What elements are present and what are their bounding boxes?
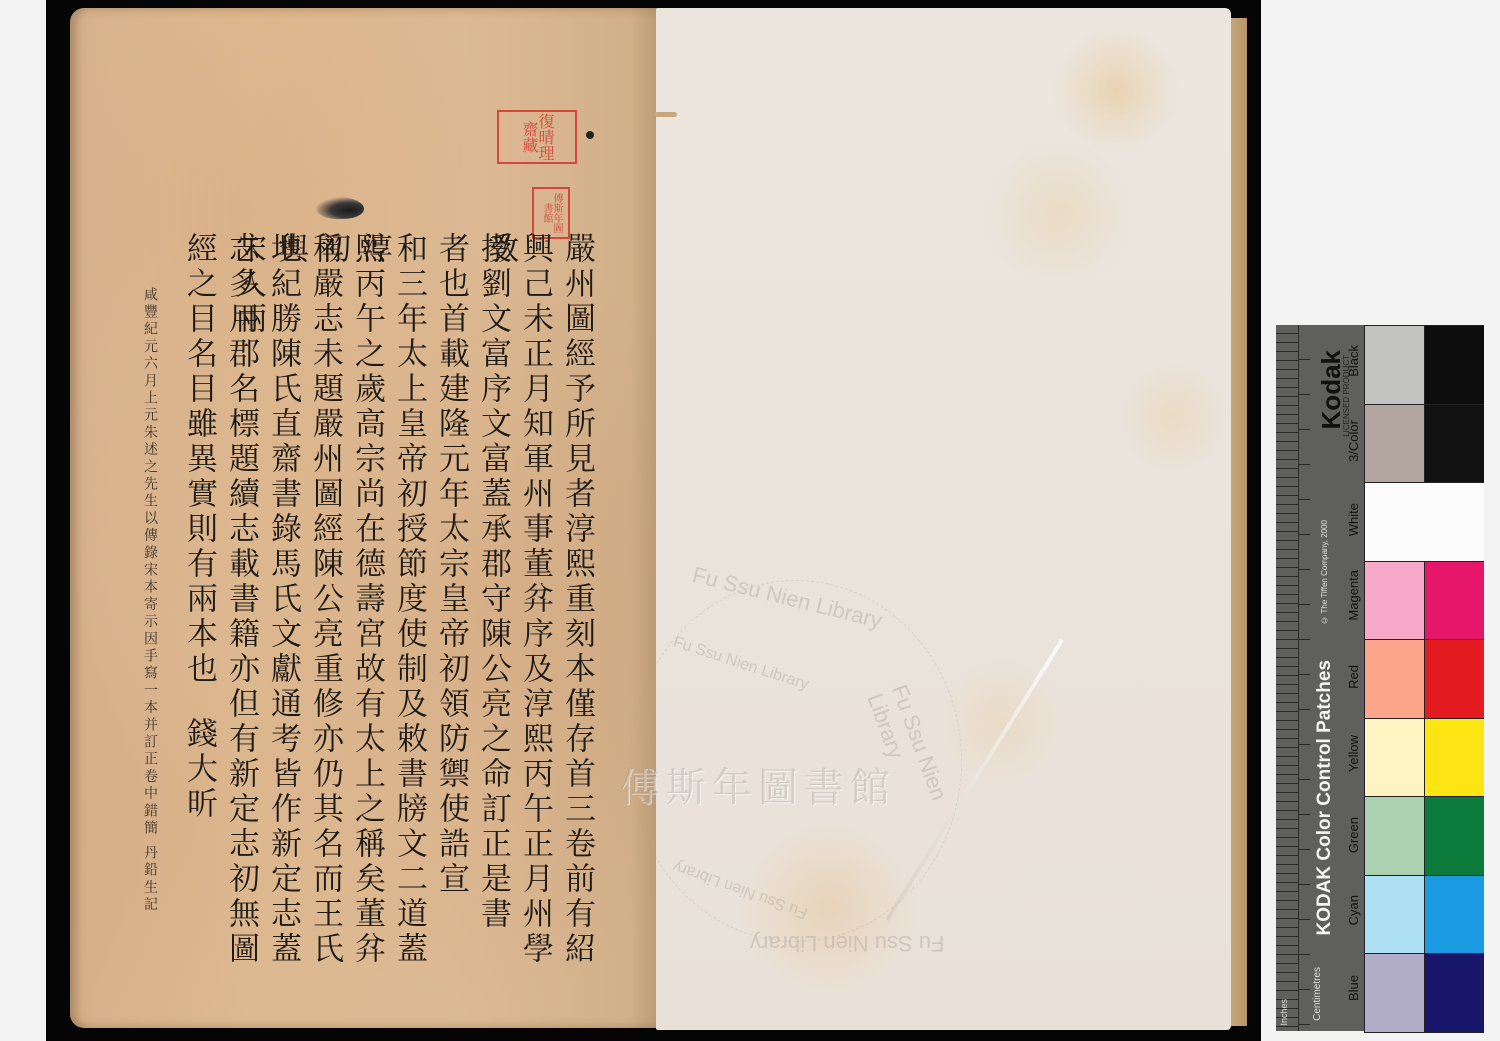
patch-label-3color: 3/Color bbox=[1346, 420, 1361, 462]
centimetres-label: Centimetres bbox=[1312, 967, 1323, 1021]
main-text: 嚴州圖經予所見者淳熙重刻本僅存首三卷前有紹 興己未正月知軍州事董弅序及淳熙丙午正… bbox=[180, 232, 594, 992]
annotation-note: 咸豐紀元六月上元朱述之先生以傳錄宋本寄示因手寫一本并訂正卷中錯簡 丹鉛生記 bbox=[142, 287, 158, 914]
text-column: 稱嚴志未題嚴州圖經陳公亮重修亦仍其名而王氏輿 bbox=[306, 232, 342, 992]
patch-green-dark bbox=[1425, 797, 1484, 875]
patch-magenta-light bbox=[1365, 562, 1424, 640]
inches-label: Inches bbox=[1279, 999, 1289, 1026]
color-patches-grid bbox=[1364, 325, 1484, 1033]
text-column: 和三年太上皇帝初授節度使制及敕書牓文二道蓋淳 bbox=[390, 232, 426, 992]
patch-labels: Black 3/Color White Magenta Red Yellow G… bbox=[1344, 325, 1364, 1031]
patch-label-green: Green bbox=[1346, 817, 1361, 853]
patch-label-magenta: Magenta bbox=[1346, 570, 1361, 621]
patch-label-white: White bbox=[1346, 503, 1361, 536]
kodak-title: KODAK Color Control Patches bbox=[1314, 660, 1336, 936]
ink-smudge bbox=[316, 197, 364, 219]
patch-blue-dark bbox=[1425, 954, 1484, 1032]
patch-label-blue: Blue bbox=[1346, 975, 1361, 1001]
text-column: 興己未正月知軍州事董弅序及淳熙丙午正月州學教 bbox=[516, 232, 552, 992]
right-page-blank bbox=[656, 8, 1231, 1030]
text-column: 授劉文富序文富蓋承郡守陳公亮之命訂正是書 bbox=[474, 232, 510, 992]
text-column: 地紀勝陳氏直齋書錄馬氏文獻通考皆作新定志蓋宋人兩 bbox=[264, 232, 300, 992]
text-column: 志多用郡名標題續志載書籍亦但有新定志初無圖 bbox=[222, 232, 258, 992]
text-final: 經之目名目雖異實則有兩本也 bbox=[181, 232, 217, 687]
binding-thread bbox=[655, 112, 677, 117]
patch-blue-light bbox=[1365, 954, 1424, 1032]
page-edge bbox=[1231, 18, 1247, 1026]
patch-black-dark bbox=[1425, 326, 1484, 404]
red-seal-collector: 復晴理齋藏 bbox=[497, 110, 577, 164]
kodak-color-target: Inches Centimetres KODAK Color Control P… bbox=[1276, 325, 1486, 1031]
kodak-gray-strip: Inches Centimetres KODAK Color Control P… bbox=[1276, 325, 1364, 1031]
patch-yellow-light bbox=[1365, 719, 1424, 797]
patch-yellow-dark bbox=[1425, 719, 1484, 797]
patch-green-light bbox=[1365, 797, 1424, 875]
patch-magenta-dark bbox=[1425, 562, 1484, 640]
text-column-last: 經之目名目雖異實則有兩本也錢大昕 bbox=[180, 232, 216, 992]
patch-label-yellow: Yellow bbox=[1346, 735, 1361, 772]
patch-3-color-dark bbox=[1425, 405, 1484, 483]
patch-3-color-light bbox=[1365, 405, 1424, 483]
patch-label-black: Black bbox=[1346, 345, 1361, 377]
patch-red-light bbox=[1365, 640, 1424, 718]
patch-cyan-light bbox=[1365, 876, 1424, 954]
copyright-label: © The Tiffen Company, 2000 bbox=[1320, 520, 1329, 625]
cm-ruler bbox=[1298, 325, 1310, 1031]
patch-white bbox=[1365, 483, 1484, 561]
patch-cyan-dark bbox=[1425, 876, 1484, 954]
ink-dot bbox=[586, 131, 594, 139]
patch-red-dark bbox=[1425, 640, 1484, 718]
text-column: 嚴州圖經予所見者淳熙重刻本僅存首三卷前有紹 bbox=[558, 232, 594, 992]
inch-ruler bbox=[1276, 325, 1299, 1031]
patch-label-cyan: Cyan bbox=[1346, 895, 1361, 925]
signature: 錢大昕 bbox=[181, 717, 217, 822]
text-column: 者也首載建隆元年太宗皇帝初領防禦使誥宣 bbox=[432, 232, 468, 992]
patch-black-light bbox=[1365, 326, 1424, 404]
text-column: 熙丙午之歲高宗尚在德壽宮故有太上之稱矣董弅初 bbox=[348, 232, 384, 992]
patch-label-red: Red bbox=[1346, 665, 1361, 689]
